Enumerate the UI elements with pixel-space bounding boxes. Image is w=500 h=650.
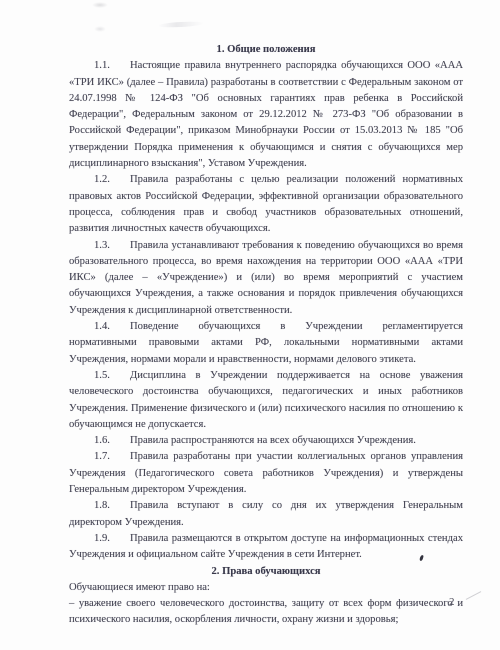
paragraph-1-3: 1.3.Правила устанавливают требования к п… (69, 238, 463, 319)
page-number: 2 (449, 596, 455, 608)
bullet-item: – уважение своего человеческого достоинс… (69, 596, 463, 629)
section-2-intro: Обучающиеся имеют право на: (69, 580, 463, 596)
paragraph-1-9: 1.9.Правила размещаются в открытом досту… (69, 531, 463, 564)
scanned-document-page: 1. Общие положения 1.1.Настоящие правила… (0, 0, 500, 650)
section-2-heading: 2. Права обучающихся (69, 564, 463, 580)
scan-smudge (94, 26, 106, 32)
paragraph-number: 1.3. (94, 238, 130, 254)
paragraph-number: 1.9. (94, 531, 130, 547)
paragraph-1-8: 1.8.Правила вступают в силу со дня их ут… (69, 498, 463, 531)
paragraph-number: 1.8. (94, 498, 130, 514)
paragraph-number: 1.7. (94, 449, 130, 465)
paragraph-1-2: 1.2.Правила разработаны с целью реализац… (69, 172, 463, 237)
section-1-heading: 1. Общие положения (69, 42, 463, 58)
scan-smudge (92, 2, 108, 8)
document-content: 1. Общие положения 1.1.Настоящие правила… (69, 42, 463, 629)
paragraph-text: Правила распространяются на всех обучающ… (130, 435, 416, 446)
paragraph-1-1: 1.1.Настоящие правила внутреннего распор… (69, 58, 463, 172)
paragraph-number: 1.1. (94, 58, 130, 74)
scan-smudge (158, 21, 204, 28)
paragraph-number: 1.5. (94, 368, 130, 384)
paragraph-1-6: 1.6.Правила распространяются на всех обу… (69, 433, 463, 449)
paragraph-text: Настоящие правила внутреннего распорядка… (69, 60, 463, 169)
scan-mark (466, 591, 481, 600)
paragraph-number: 1.2. (94, 172, 130, 188)
paragraph-1-7: 1.7.Правила разработаны при участии колл… (69, 449, 463, 498)
paragraph-1-5: 1.5.Дисциплина в Учреждении поддерживает… (69, 368, 463, 433)
paragraph-number: 1.6. (94, 433, 130, 449)
paragraph-number: 1.4. (94, 319, 130, 335)
paragraph-1-4: 1.4.Поведение обучающихся в Учреждении р… (69, 319, 463, 368)
